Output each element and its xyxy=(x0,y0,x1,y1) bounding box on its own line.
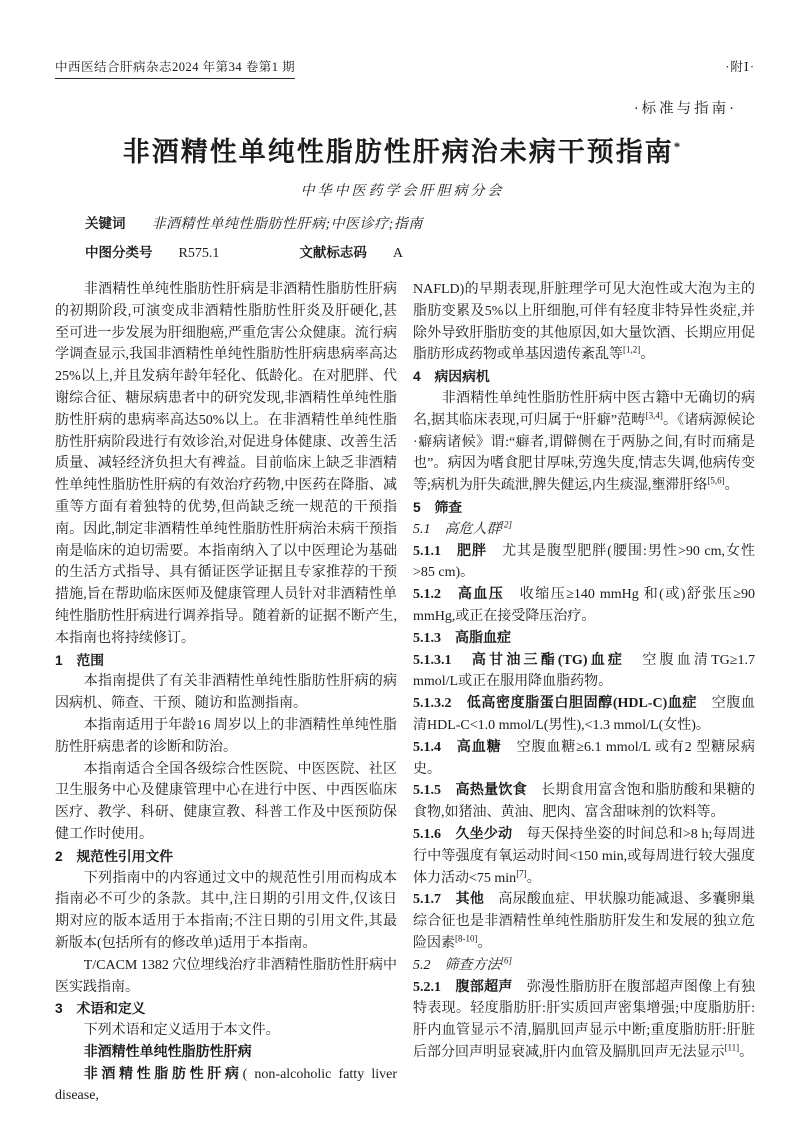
text-segment: 2 规范性引用文件 xyxy=(55,849,173,864)
reference-marker: [1,2] xyxy=(623,345,640,355)
text-segment: 。 xyxy=(640,347,654,362)
paragraph: 5.1.3 高脂血症 xyxy=(413,628,755,650)
text-segment: 5.1 高危人群 xyxy=(413,522,501,537)
paragraph: 非酒精性单纯性脂肪性肝病 xyxy=(55,1042,397,1064)
paragraph: 5.1.2 高血压 收缩压≥140 mmHg 和(或)舒张压≥90 mmHg,或… xyxy=(413,584,755,628)
paragraph: 非酒精性脂肪性肝病( non-alcoholic fatty liver dis… xyxy=(55,1064,397,1108)
title-block: 非酒精性单纯性脂肪性肝病治未病干预指南* 中华中医药学会肝胆病分会 xyxy=(0,130,805,200)
reference-marker: [5,6] xyxy=(707,476,724,486)
section-heading: 5.2 筛查方法[6] xyxy=(413,955,755,977)
text-segment: 5 筛查 xyxy=(413,500,462,515)
text-segment: 5.2.1 腹部超声 xyxy=(413,980,513,995)
paragraph: 5.1.1 肥胖 尤其是腹型肥胖(腰围:男性>90 cm,女性>85 cm)。 xyxy=(413,541,755,585)
paragraph: 非酒精性单纯性脂肪性肝病中医古籍中无确切的病名,据其临床表现,可归属于“肝癖”范… xyxy=(413,388,755,497)
text-segment: 5.1.3 高脂血症 xyxy=(413,631,511,646)
text-segment: 非酒精性单纯性脂肪性肝病是非酒精性脂肪性肝病的初期阶段,可演变成非酒精性脂肪性肝… xyxy=(55,282,397,646)
keywords-value: 非酒精性单纯性脂肪性肝病;中医诊疗;指南 xyxy=(152,217,423,232)
reference-marker: [7] xyxy=(516,868,527,878)
paragraph: 下列术语和定义适用于本文件。 xyxy=(55,1020,397,1042)
reference-marker: [2] xyxy=(501,519,513,529)
reference-marker: [8-10] xyxy=(455,933,478,943)
text-segment: 。 xyxy=(527,871,541,886)
text-segment: 下列术语和定义适用于本文件。 xyxy=(84,1023,280,1038)
page-header: 中西医结合肝病杂志2024 年第34 卷第1 期 ·附Ⅰ· xyxy=(55,57,755,79)
paragraph: 5.1.4 高血糖 空腹血糖≥6.1 mmol/L 或有2 型糖尿病史。 xyxy=(413,737,755,781)
section-heading: 2 规范性引用文件 xyxy=(55,846,397,868)
keywords-line: 关键词非酒精性单纯性脂肪性肝病;中医诊疗;指南 xyxy=(85,210,725,239)
reference-marker: [6] xyxy=(501,955,513,965)
title-footnote-mark: * xyxy=(674,139,683,154)
text-segment: 5.2 筛查方法 xyxy=(413,958,501,973)
text-segment: 本指南提供了有关非酒精性单纯性脂肪性肝病的病因病机、筛查、干预、随访和监测指南。 xyxy=(55,674,397,711)
text-segment: 非酒精性单纯性脂肪性肝病 xyxy=(84,1045,252,1060)
author-affiliation: 中华中医药学会肝胆病分会 xyxy=(0,180,805,200)
text-segment: 5.1.2 高血压 xyxy=(413,587,504,602)
text-segment: 。 xyxy=(725,478,739,493)
column-tag: ·标准与指南· xyxy=(634,97,737,118)
doc-code-label: 文献标志码 xyxy=(299,245,367,260)
journal-page: 中西医结合肝病杂志2024 年第34 卷第1 期 ·附Ⅰ· ·标准与指南· 非酒… xyxy=(0,0,805,1122)
paragraph: 5.1.6 久坐少动 每天保持坐姿的时间总和>8 h;每周进行中等强度有氧运动时… xyxy=(413,824,755,889)
page-number-label: ·附Ⅰ· xyxy=(725,57,755,75)
clc-value: R575.1 xyxy=(179,246,220,261)
text-segment: 5.1.4 高血糖 xyxy=(413,740,502,755)
reference-marker: [3,4] xyxy=(646,410,663,420)
text-segment: 3 术语和定义 xyxy=(55,1001,145,1016)
article-title: 非酒精性单纯性脂肪性肝病治未病干预指南* xyxy=(0,130,805,169)
text-segment: 本指南适用于年龄16 周岁以上的非酒精性单纯性脂肪性肝病患者的诊断和防治。 xyxy=(55,718,397,755)
paragraph: 非酒精性单纯性脂肪性肝病是非酒精性脂肪性肝病的初期阶段,可演变成非酒精性脂肪性肝… xyxy=(55,279,397,650)
reference-marker: [11] xyxy=(725,1042,740,1052)
text-segment: 5.1.3.1 高甘油三酯(TG)血症 xyxy=(413,653,625,668)
journal-title: 中西医结合肝病杂志2024 年第34 卷第1 期 xyxy=(55,57,295,79)
clc-label: 中图分类号 xyxy=(85,245,153,260)
doc-code-value: A xyxy=(393,246,403,261)
paragraph: 本指南适合全国各级综合性医院、中医医院、社区卫生服务中心及健康管理中心在进行中医… xyxy=(55,759,397,846)
text-segment: 5.1.5 高热量饮食 xyxy=(413,783,527,798)
paragraph: 5.1.3.2 低高密度脂蛋白胆固醇(HDL-C)血症 空腹血清HDL-C<1.… xyxy=(413,693,755,737)
paragraph: 5.1.3.1 高甘油三酯(TG)血症 空腹血清TG≥1.7 mmol/L或正在… xyxy=(413,650,755,694)
paragraph: 5.1.5 高热量饮食 长期食用富含饱和脂肪酸和果糖的食物,如猪油、黄油、肥肉、… xyxy=(413,780,755,824)
paragraph: T/CACM 1382 穴位埋线治疗非酒精性脂肪性肝病中医实践指南。 xyxy=(55,955,397,999)
text-segment: NAFLD)的早期表现,肝脏理学可见大泡性或大泡为主的脂肪变累及5%以上肝细胞,… xyxy=(413,282,755,362)
right-column: NAFLD)的早期表现,肝脏理学可见大泡性或大泡为主的脂肪变累及5%以上肝细胞,… xyxy=(413,279,755,1079)
left-column: 非酒精性单纯性脂肪性肝病是非酒精性脂肪性肝病的初期阶段,可演变成非酒精性脂肪性肝… xyxy=(55,279,397,1079)
classification-line: 中图分类号R575.1文献标志码A xyxy=(85,239,725,268)
paragraph: 5.2.1 腹部超声 弥漫性脂肪肝在腹部超声图像上有独特表现。轻度脂肪肝:肝实质… xyxy=(413,977,755,1064)
text-segment: 。 xyxy=(478,936,492,951)
text-segment: 5.1.3.2 低高密度脂蛋白胆固醇(HDL-C)血症 xyxy=(413,696,697,711)
paragraph: 本指南适用于年龄16 周岁以上的非酒精性单纯性脂肪性肝病患者的诊断和防治。 xyxy=(55,715,397,759)
article-meta: 关键词非酒精性单纯性脂肪性肝病;中医诊疗;指南 中图分类号R575.1文献标志码… xyxy=(85,210,725,268)
keywords-label: 关键词 xyxy=(85,216,126,231)
section-heading: 4 病因病机 xyxy=(413,366,755,388)
section-heading: 5.1 高危人群[2] xyxy=(413,519,755,541)
section-heading: 1 范围 xyxy=(55,650,397,672)
paragraph: NAFLD)的早期表现,肝脏理学可见大泡性或大泡为主的脂肪变累及5%以上肝细胞,… xyxy=(413,279,755,366)
article-body: 非酒精性单纯性脂肪性肝病是非酒精性脂肪性肝病的初期阶段,可演变成非酒精性脂肪性肝… xyxy=(55,279,755,1079)
text-segment: 。 xyxy=(739,1045,753,1060)
section-heading: 3 术语和定义 xyxy=(55,998,397,1020)
text-segment: 1 范围 xyxy=(55,653,104,668)
paragraph: 本指南提供了有关非酒精性单纯性脂肪性肝病的病因病机、筛查、干预、随访和监测指南。 xyxy=(55,671,397,715)
text-segment: 5.1.6 久坐少动 xyxy=(413,827,512,842)
text-segment: 非酒精性脂肪性肝病 xyxy=(84,1067,243,1082)
text-segment: 5.1.1 肥胖 xyxy=(413,544,487,559)
text-segment: 4 病因病机 xyxy=(413,369,490,384)
paragraph: 5.1.7 其他 高尿酸血症、甲状腺功能减退、多囊卵巢综合征也是非酒精性单纯性脂… xyxy=(413,889,755,954)
paragraph: 下列指南中的内容通过文中的规范性引用而构成本指南必不可少的条款。其中,注日期的引… xyxy=(55,868,397,955)
section-heading: 5 筛查 xyxy=(413,497,755,519)
text-segment: 本指南适合全国各级综合性医院、中医医院、社区卫生服务中心及健康管理中心在进行中医… xyxy=(55,762,397,842)
text-segment: 下列指南中的内容通过文中的规范性引用而构成本指南必不可少的条款。其中,注日期的引… xyxy=(55,871,397,951)
text-segment: T/CACM 1382 穴位埋线治疗非酒精性脂肪性肝病中医实践指南。 xyxy=(55,958,397,995)
text-segment: 5.1.7 其他 xyxy=(413,892,484,907)
article-title-text: 非酒精性单纯性脂肪性肝病治未病干预指南 xyxy=(123,137,674,167)
